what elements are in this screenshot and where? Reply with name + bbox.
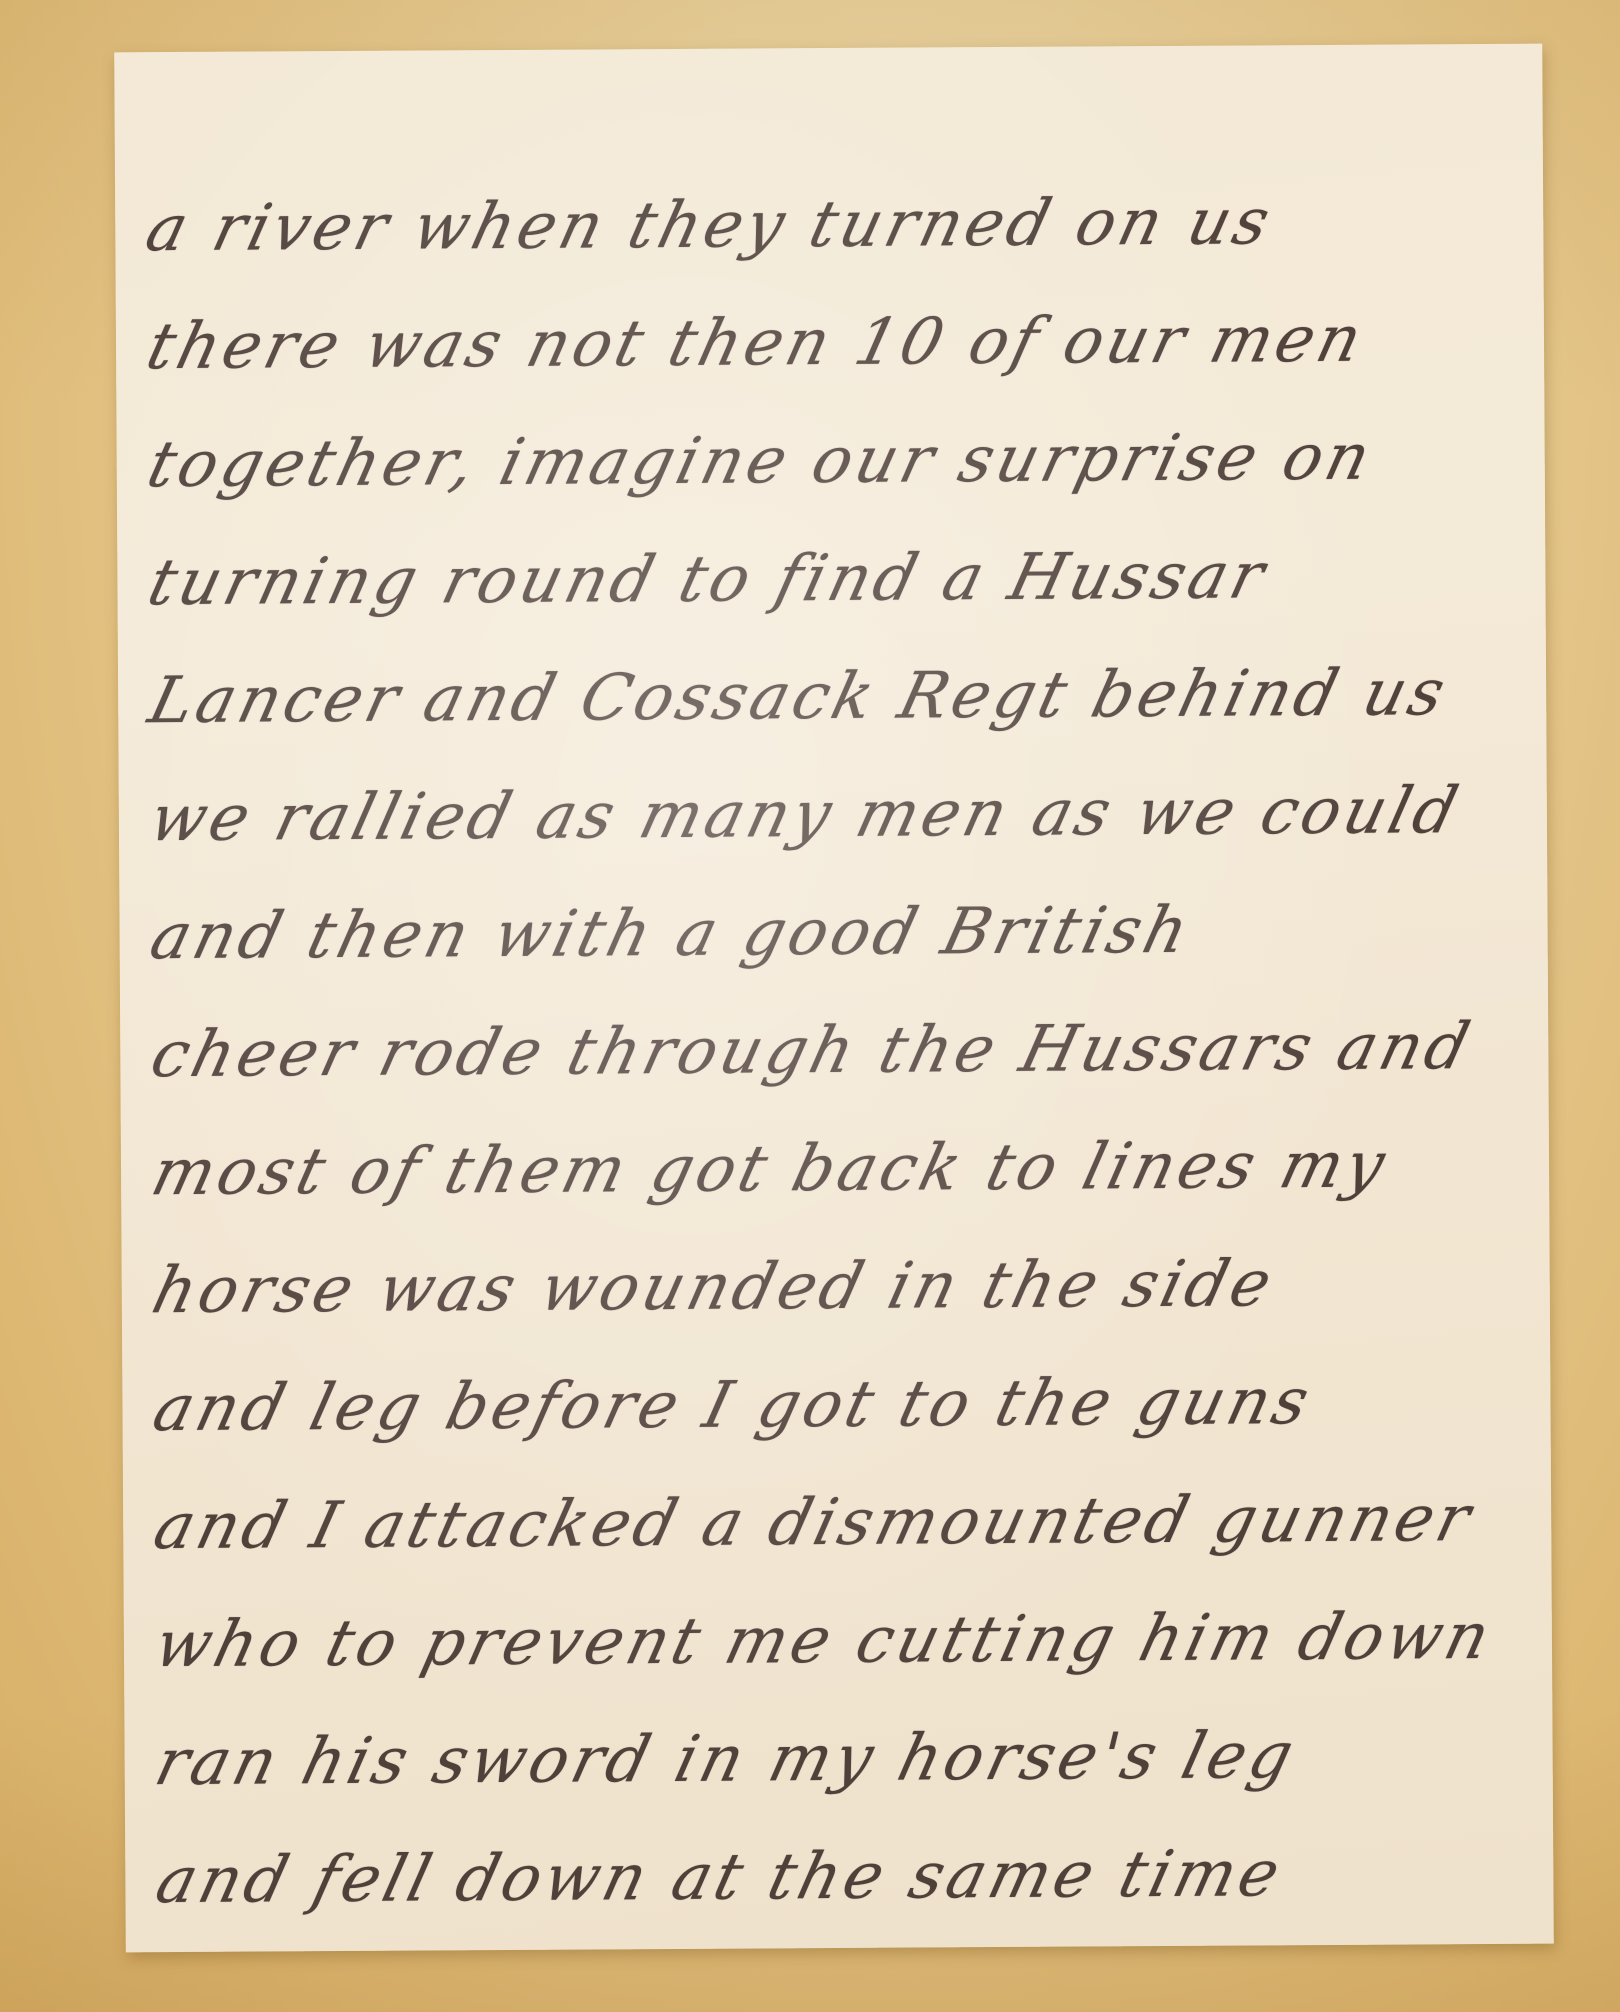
text-line: horse was wounded in the side	[122, 1223, 1579, 1350]
text-line: and then with a good British	[120, 869, 1577, 996]
text-line: a river when they turned on us	[116, 161, 1573, 288]
text-line: and I attacked a dismounted gunner	[124, 1459, 1581, 1586]
text-line: together, imagine our surprise on	[117, 397, 1574, 524]
text-line: most of them got back to lines my	[121, 1105, 1578, 1232]
letter-page: a river when they turned on us there was…	[114, 44, 1554, 1953]
text-line: and fell down at the same time	[126, 1813, 1583, 1940]
text-line: turning round to find a Hussar	[118, 515, 1575, 642]
text-line: Lancer and Cossack Regt behind us	[119, 633, 1576, 760]
text-line: ran his sword in my horse's leg	[125, 1695, 1582, 1822]
text-line: we rallied as many men as we could	[119, 751, 1576, 878]
handwritten-text-block: a river when they turned on us there was…	[115, 162, 1554, 1941]
text-line: who to prevent me cutting him down	[124, 1577, 1581, 1704]
text-line: cheer rode through the Hussars and	[121, 987, 1578, 1114]
text-line: and leg before I got to the guns	[123, 1341, 1580, 1468]
text-line: there was not then 10 of our men	[116, 279, 1573, 406]
